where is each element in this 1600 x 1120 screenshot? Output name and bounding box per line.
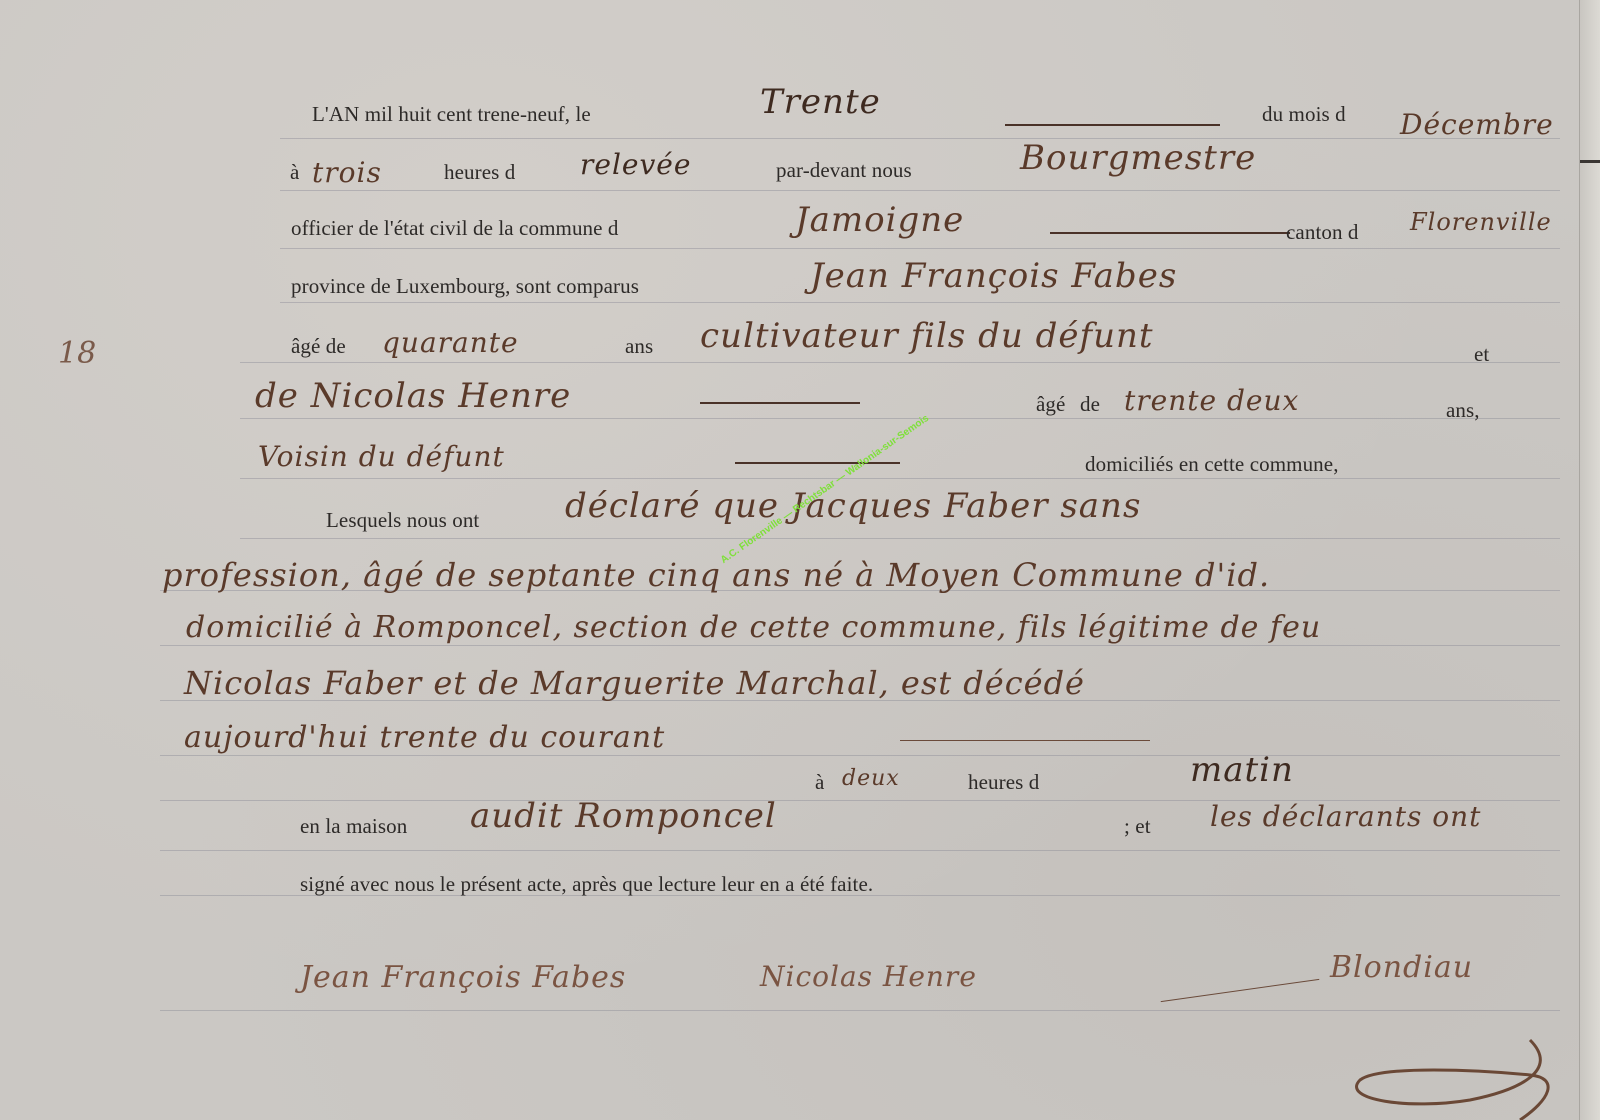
handwritten-declarant1-occupation: cultivateur fils du défunt <box>700 316 1154 356</box>
ruled-line <box>240 538 1560 539</box>
printed-par-devant-nous: par-devant nous <box>776 158 912 183</box>
signature-declarant1: Jean François Fabes <box>300 960 626 995</box>
printed-de: de <box>1080 392 1100 417</box>
printed-ans-label: ans <box>625 334 653 359</box>
ruled-line <box>160 645 1560 646</box>
fill-line <box>735 462 900 464</box>
printed-hours2-label: heures d <box>968 770 1039 795</box>
ruled-line <box>240 418 1560 419</box>
handwritten-month: Décembre <box>1400 108 1554 141</box>
ruled-line <box>280 302 1560 303</box>
handwritten-day: Trente <box>760 82 881 122</box>
handwritten-declarant1-age: quarante <box>382 326 519 359</box>
printed-canton-label: canton d <box>1286 220 1359 245</box>
handwritten-line-10: domicilié à Romponcel, section de cette … <box>186 610 1321 645</box>
signature-official: Blondiau <box>1330 950 1473 985</box>
handwritten-official: Bourgmestre <box>1020 138 1256 178</box>
ruled-line <box>160 850 1560 851</box>
handwritten-closing: les déclarants ont <box>1210 800 1481 833</box>
printed-month-label: du mois d <box>1262 102 1346 127</box>
printed-lesquels: Lesquels nous ont <box>326 508 479 533</box>
printed-maison: en la maison <box>300 814 407 839</box>
fill-line <box>1050 232 1290 234</box>
printed-a: à <box>290 160 299 185</box>
printed-domicilies: domiciliés en cette commune, <box>1085 452 1339 477</box>
handwritten-line-12: aujourd'hui trente du courant <box>184 720 665 755</box>
fill-line <box>1005 124 1220 126</box>
ruled-line <box>160 755 1560 756</box>
printed-year-text: L'AN mil huit cent trene-neuf, le <box>312 102 591 127</box>
printed-province: province de Luxembourg, sont comparus <box>291 274 639 299</box>
handwritten-death-hour: deux <box>842 766 900 791</box>
ruled-line <box>160 1010 1560 1011</box>
printed-et: et <box>1474 342 1489 367</box>
handwritten-time-of-day: relevée <box>580 148 691 181</box>
printed-age-label: âgé de <box>291 334 346 359</box>
signature-declarant2: Nicolas Henre <box>760 960 977 993</box>
ruled-line <box>240 478 1560 479</box>
printed-et2: ; et <box>1124 814 1151 839</box>
printed-officier: officier de l'état civil de la commune d <box>291 216 619 241</box>
handwritten-line-9: profession, âgé de septante cinq ans né … <box>162 556 1270 594</box>
printed-age2-label: âgé <box>1036 392 1065 417</box>
printed-signe: signé avec nous le présent acte, après q… <box>300 872 873 897</box>
printed-ans2-label: ans, <box>1446 398 1480 423</box>
ruled-line <box>280 248 1560 249</box>
page-edge <box>1579 0 1600 1120</box>
entry-number: 18 <box>58 336 96 371</box>
handwritten-line-11: Nicolas Faber et de Marguerite Marchal, … <box>184 664 1085 702</box>
handwritten-commune: Jamoigne <box>795 200 964 240</box>
printed-a2: à <box>815 770 824 795</box>
handwritten-declarant2-age: trente deux <box>1124 384 1299 417</box>
handwritten-canton: Florenville <box>1410 208 1552 236</box>
register-page: 18 L'AN mil huit cent trene-neuf, le Tre… <box>0 0 1600 1120</box>
ruled-line <box>280 138 1560 139</box>
handwritten-hour: trois <box>312 156 382 189</box>
ruled-line <box>280 190 1560 191</box>
handwritten-death-time: matin <box>1190 750 1294 790</box>
handwritten-declarant1-name: Jean François Fabes <box>810 256 1177 296</box>
printed-hours-label: heures d <box>444 160 515 185</box>
signature-flourish <box>1320 1030 1570 1120</box>
fill-line <box>700 402 860 404</box>
page-edge-mark <box>1580 160 1600 163</box>
handwritten-declared: déclaré que Jacques Faber sans <box>565 486 1141 526</box>
handwritten-house: audit Romponcel <box>470 796 777 836</box>
signature-stroke <box>1161 979 1320 1002</box>
watermark: A.C. Florenville — Rechtsbar — Wallonia-… <box>719 351 1020 566</box>
fill-line <box>900 740 1150 741</box>
ruled-line <box>240 362 1560 363</box>
handwritten-declarant2-name: de Nicolas Henre <box>255 376 571 416</box>
handwritten-declarant2-relation: Voisin du défunt <box>258 440 505 473</box>
